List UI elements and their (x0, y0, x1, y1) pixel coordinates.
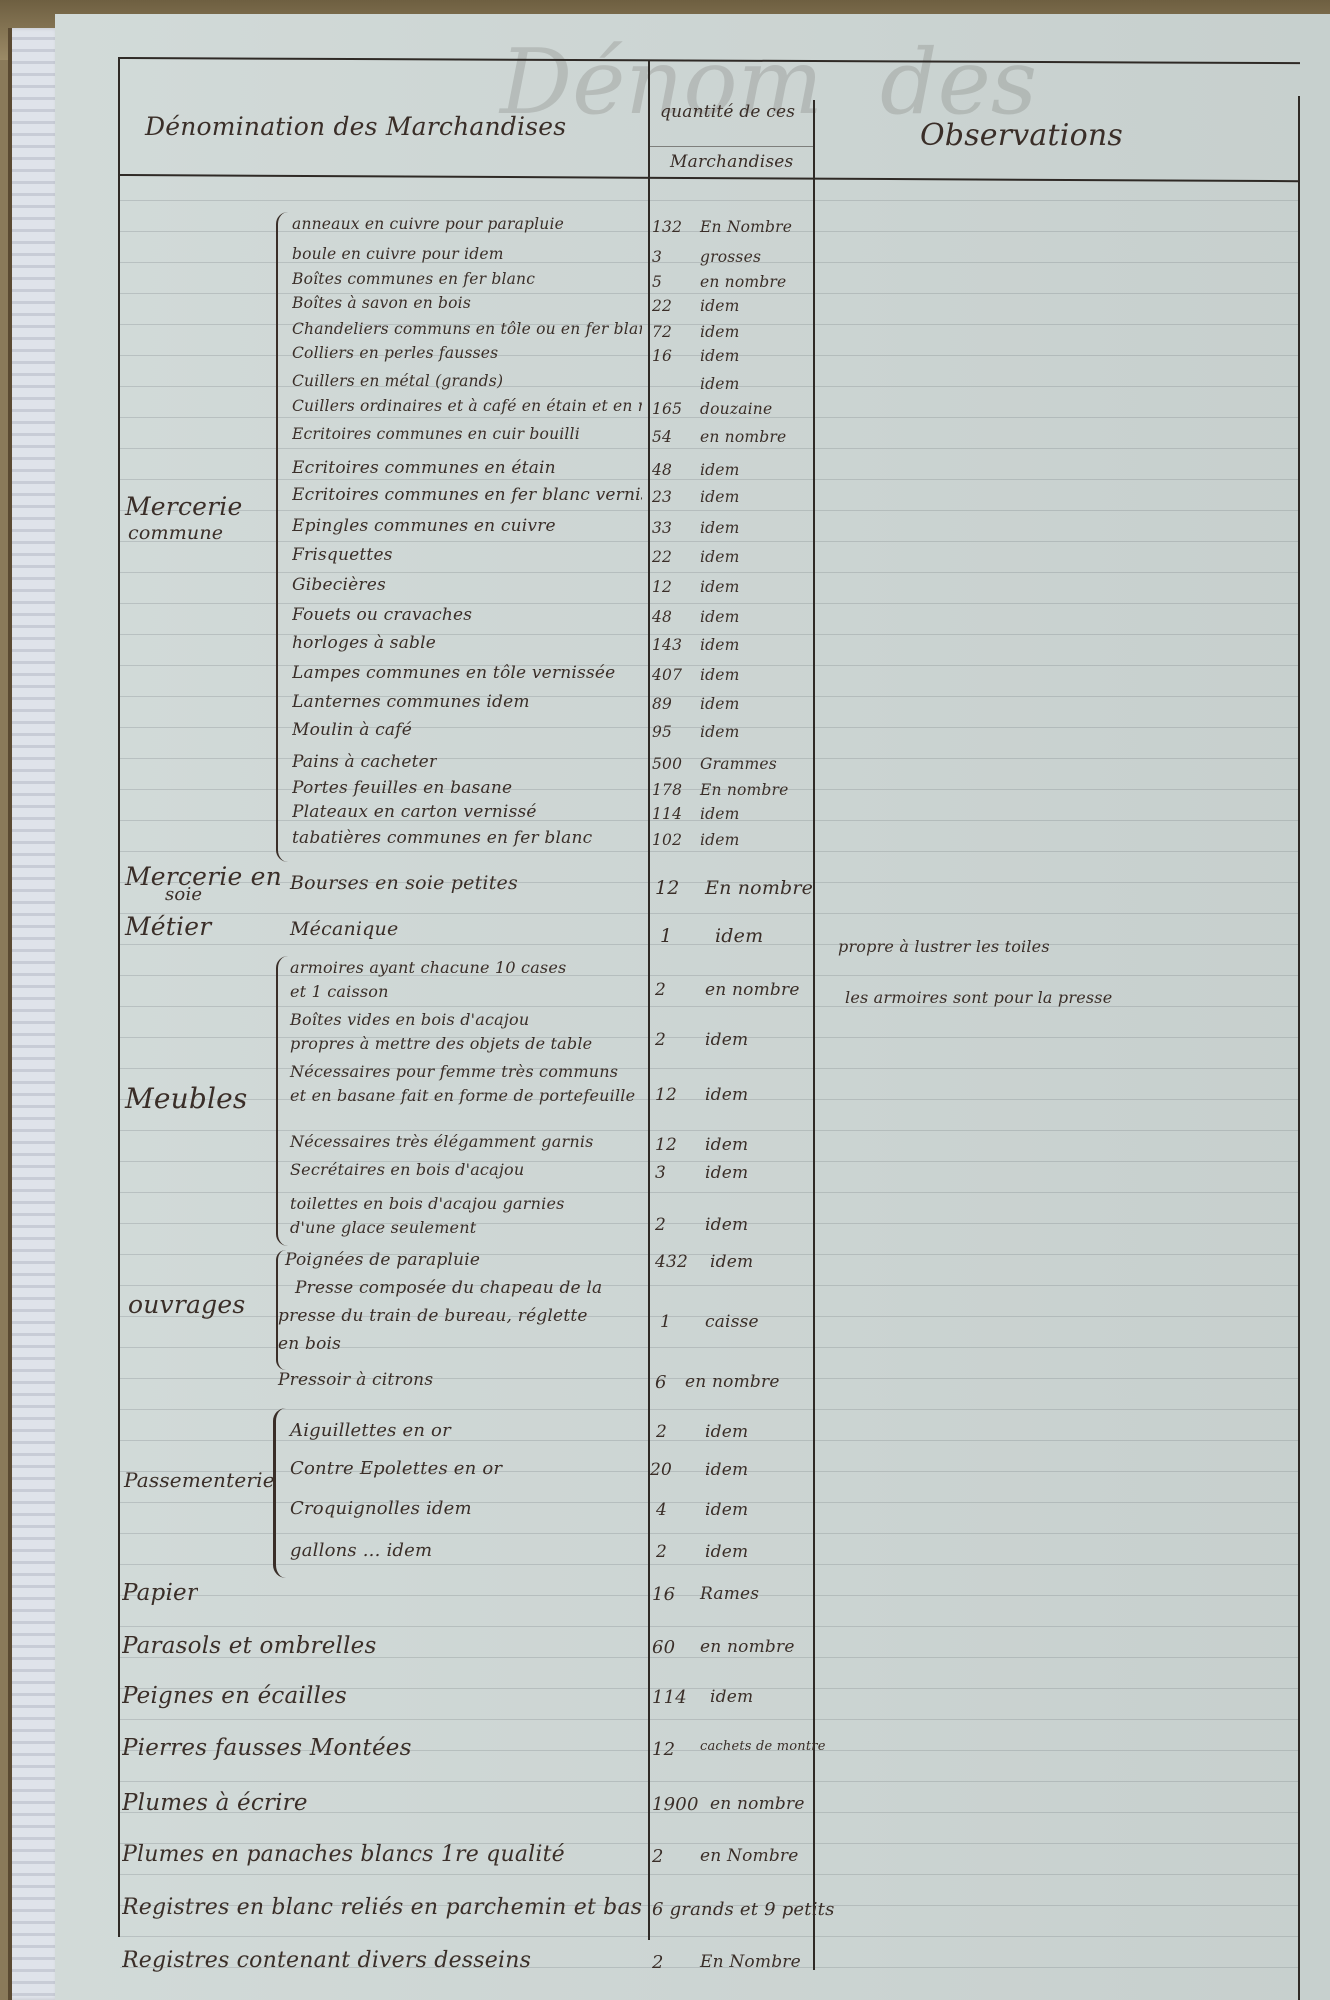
item-unit: idem (705, 1215, 748, 1235)
item-qty: 407 (652, 666, 682, 684)
item-qty: 2 (652, 1846, 664, 1867)
item-name-line1: armoires ayant chacune 10 cases (290, 958, 566, 977)
item-qty: 114 (652, 805, 682, 823)
item-qty: 432 (655, 1252, 688, 1272)
item-unit: idem (705, 1085, 748, 1105)
item-name-line2: et 1 caisson (290, 982, 389, 1001)
item-name-line1: Presse composée du chapeau de la (295, 1278, 602, 1298)
item-name: Fouets ou cravaches (292, 605, 472, 625)
item-unit: idem (705, 1163, 748, 1183)
item-unit: en nombre (700, 1637, 795, 1657)
item-qty: 20 (650, 1460, 672, 1480)
item-qty: 3 (652, 248, 662, 266)
item-unit: en nombre (705, 980, 800, 1000)
item-unit: idem (705, 1542, 748, 1562)
item-name-line1: toilettes en bois d'acajou garnies (290, 1194, 565, 1213)
header-denomination: Dénomination des Marchandises (145, 112, 566, 141)
item-name: Colliers en perles fausses (292, 344, 498, 362)
header-quantity-line2: Marchandises (670, 152, 793, 172)
item-unit: caisse (705, 1312, 759, 1332)
item-name: Pressoir à citrons (278, 1370, 433, 1390)
item-qty: 132 (652, 218, 682, 236)
item-name: Moulin à café (292, 720, 412, 740)
item-name-line1: Nécessaires pour femme très communs (290, 1062, 618, 1081)
item-qty: 33 (652, 519, 672, 537)
item-qty: 1 (660, 925, 672, 947)
item-name: Contre Epolettes en or (290, 1458, 502, 1479)
item-qty: 12 (655, 877, 680, 899)
item-name: Ecritoires communes en cuir bouilli (292, 425, 580, 443)
item-qty: 6 grands et 9 petits (652, 1899, 835, 1920)
item-unit: En nombre (700, 781, 789, 799)
column-divider-quantity (648, 60, 650, 1940)
item-unit: en nombre (685, 1372, 780, 1392)
category-mercerie-commune-line2: commune (128, 522, 223, 544)
item-qty: 16 (652, 347, 672, 365)
item-unit: douzaine (700, 400, 772, 418)
item-unit: idem (700, 805, 740, 823)
item-name-line1: Boîtes vides en bois d'acajou (290, 1010, 529, 1029)
brace-meubles (276, 956, 288, 1246)
item-unit: cachets de montre (700, 1739, 826, 1754)
item-name-line2: et en basane fait en forme de portefeuil… (290, 1086, 635, 1105)
table-left-border (118, 57, 120, 1937)
item-name: boule en cuivre pour idem (292, 245, 504, 263)
item-name: Plumes en panaches blancs 1re qualité (122, 1842, 565, 1867)
item-name: Chandeliers communs en tôle ou en fer bl… (292, 320, 642, 338)
item-name: anneaux en cuivre pour parapluie (292, 215, 564, 233)
item-qty: 102 (652, 831, 682, 849)
item-unit: idem (700, 578, 740, 596)
item-unit: En Nombre (700, 218, 792, 236)
quantity-header-midline (650, 146, 813, 147)
item-qty: 1900 (652, 1794, 699, 1815)
item-name: Papier (122, 1580, 198, 1606)
item-unit: idem (700, 461, 740, 479)
item-unit: En Nombre (700, 1952, 801, 1972)
item-qty: 2 (656, 1542, 667, 1562)
item-name-line3: en bois (278, 1334, 341, 1354)
item-qty: 2 (655, 1030, 666, 1050)
category-mercerie-en-soie-line1: Mercerie en (125, 862, 282, 891)
item-qty: 114 (652, 1687, 687, 1708)
item-qty: 2 (652, 1952, 664, 1973)
item-name: Epingles communes en cuivre (292, 516, 556, 536)
item-qty: 2 (655, 980, 666, 1000)
item-unit: idem (700, 519, 740, 537)
item-unit: en nombre (710, 1794, 805, 1814)
item-name: Cuillers en métal (grands) (292, 372, 503, 390)
item-name: Pierres fausses Montées (122, 1735, 412, 1761)
item-qty: 6 (655, 1372, 667, 1393)
item-name: Registres contenant divers desseins (122, 1948, 531, 1973)
item-name: Pains à cacheter (292, 752, 437, 772)
item-name: Registres en blanc reliés en parchemin e… (122, 1895, 642, 1920)
item-qty: 2 (655, 1215, 666, 1235)
column-divider-quantity-right (813, 100, 815, 1970)
item-name: Ecritoires communes en étain (292, 458, 556, 478)
item-name: Plumes à écrire (122, 1790, 308, 1816)
item-unit: idem (710, 1687, 753, 1707)
item-name: Lanternes communes idem (292, 692, 530, 712)
item-unit: en nombre (700, 273, 786, 291)
item-name: Frisquettes (292, 545, 393, 565)
item-qty: 165 (652, 400, 682, 418)
item-qty: 1 (660, 1312, 671, 1332)
item-unit: grosses (700, 248, 761, 266)
item-unit: idem (700, 695, 740, 713)
brace-passementerie (273, 1408, 286, 1578)
item-name: Croquignolles idem (290, 1498, 472, 1519)
item-qty: 4 (656, 1500, 667, 1520)
item-unit: en nombre (700, 428, 786, 446)
item-name: Gibecières (292, 575, 386, 595)
category-mercerie-commune-line1: Mercerie (125, 492, 242, 521)
item-name: tabatières communes en fer blanc (292, 828, 592, 848)
item-qty: 16 (652, 1584, 675, 1605)
item-name: Nécessaires très élégamment garnis (290, 1132, 594, 1151)
item-unit: idem (700, 488, 740, 506)
item-name: Poignées de parapluie (285, 1250, 480, 1270)
item-unit: idem (700, 723, 740, 741)
item-name: Portes feuilles en basane (292, 778, 512, 798)
item-qty: 5 (652, 273, 662, 291)
brace-mercerie-commune (276, 212, 288, 862)
item-unit: idem (700, 375, 740, 393)
item-qty: 72 (652, 323, 672, 341)
category-metier: Métier (125, 912, 211, 941)
item-unit: idem (705, 1030, 748, 1050)
item-qty: 22 (652, 297, 672, 315)
item-unit: idem (700, 636, 740, 654)
item-qty: 22 (652, 548, 672, 566)
item-unit: en Nombre (700, 1846, 799, 1866)
item-name: Lampes communes en tôle vernissée (292, 663, 615, 683)
binder-spine (8, 28, 60, 2000)
observation-text: les armoires sont pour la presse (845, 988, 1112, 1007)
item-name: Mécanique (290, 918, 398, 940)
item-unit: idem (705, 1500, 748, 1520)
item-qty: 500 (652, 755, 682, 773)
item-qty: 3 (655, 1163, 666, 1183)
item-unit: Rames (700, 1584, 759, 1604)
table-right-border (1298, 96, 1300, 2000)
header-quantity-line1: quantité de ces (660, 102, 795, 122)
item-qty: 178 (652, 781, 682, 799)
item-unit: En nombre (705, 877, 813, 899)
item-unit: idem (705, 1460, 748, 1480)
header-observations: Observations (920, 118, 1123, 153)
item-name-line2: propres à mettre des objets de table (290, 1034, 592, 1053)
item-unit: idem (700, 666, 740, 684)
item-qty: 12 (652, 578, 672, 596)
item-qty: 12 (655, 1085, 677, 1105)
item-qty: 12 (655, 1135, 677, 1155)
item-name-line2: d'une glace seulement (290, 1218, 476, 1237)
item-unit: Grammes (700, 755, 777, 773)
item-unit: idem (700, 831, 740, 849)
item-name: Peignes en écailles (122, 1683, 347, 1709)
item-name: Parasols et ombrelles (122, 1633, 376, 1659)
item-name: Secrétaires en bois d'acajou (290, 1160, 524, 1179)
observation-text: propre à lustrer les toiles (838, 937, 1050, 956)
item-qty: 89 (652, 695, 672, 713)
item-qty: 60 (652, 1637, 675, 1658)
item-name: horloges à sable (292, 633, 436, 653)
item-qty: 95 (652, 723, 672, 741)
item-name: Bourses en soie petites (290, 872, 518, 894)
category-passementerie: Passementerie (124, 1468, 275, 1492)
item-unit: idem (700, 297, 740, 315)
item-qty: 54 (652, 428, 672, 446)
item-name: Aiguillettes en or (290, 1420, 451, 1441)
category-meubles: Meubles (125, 1082, 248, 1115)
item-unit: idem (700, 323, 740, 341)
item-name: gallons ... idem (290, 1540, 432, 1561)
item-qty: 143 (652, 636, 682, 654)
item-unit: idem (710, 1252, 753, 1272)
item-name: Boîtes à savon en bois (292, 294, 471, 312)
item-name: Cuillers ordinaires et à café en étain e… (292, 397, 642, 415)
item-unit: idem (705, 1135, 748, 1155)
item-qty: 23 (652, 488, 672, 506)
item-name: Boîtes communes en fer blanc (292, 270, 535, 288)
item-unit: idem (700, 347, 740, 365)
item-qty: 12 (652, 1739, 675, 1760)
item-unit: idem (700, 608, 740, 626)
item-name: Plateaux en carton vernissé (292, 802, 537, 822)
item-name-line2: presse du train de bureau, réglette (278, 1306, 588, 1326)
category-mercerie-en-soie-line2: soie (165, 884, 202, 905)
item-qty: 2 (656, 1422, 667, 1442)
item-qty: 48 (652, 608, 672, 626)
item-unit: idem (705, 1422, 748, 1442)
item-unit: idem (715, 925, 763, 947)
item-name: Ecritoires communes en fer blanc verniss… (292, 485, 642, 505)
item-unit: idem (700, 548, 740, 566)
category-ouvrages: ouvrages (128, 1290, 245, 1319)
item-qty: 48 (652, 461, 672, 479)
